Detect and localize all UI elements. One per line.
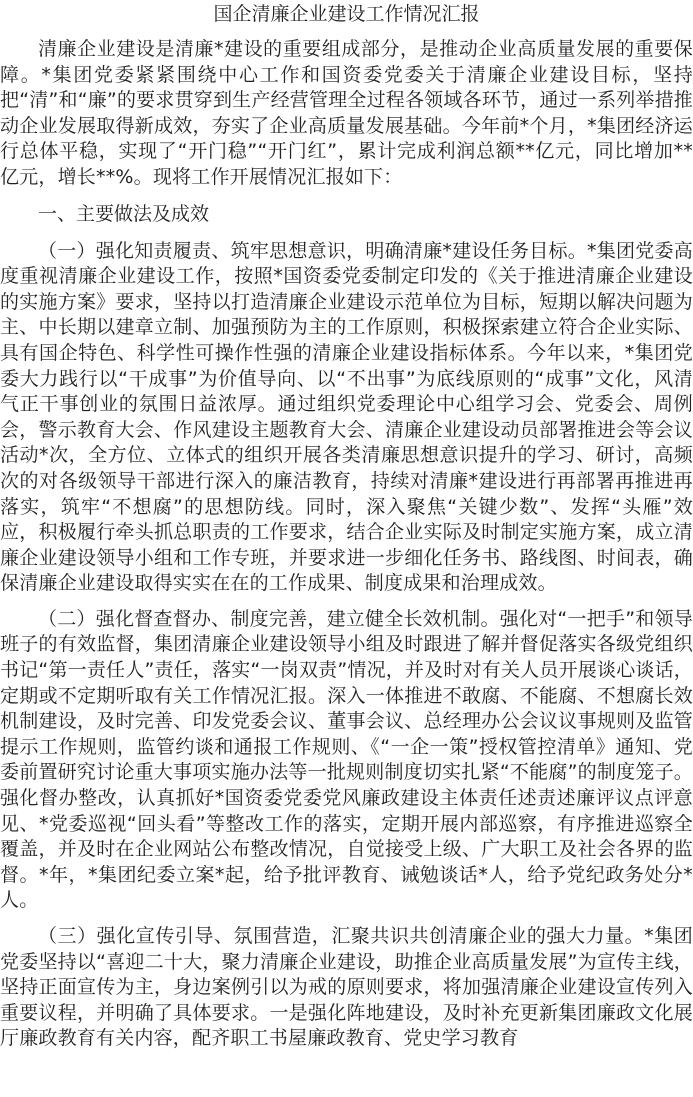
section-heading: 一、主要做法及成效	[0, 201, 693, 227]
document-title: 国企清廉企业建设工作情况汇报	[0, 1, 693, 27]
document-page: 国企清廉企业建设工作情况汇报 清廉企业建设是清廉*建设的重要组成部分，是推动企业…	[0, 1, 693, 1052]
intro-paragraph: 清廉企业建设是清廉*建设的重要组成部分，是推动企业高质量发展的重要保障。*集团党…	[0, 37, 693, 191]
item-paragraph-2: （二）强化督查督办、制度完善，建立健全长效机制。强化对“一把手”和领导班子的有效…	[0, 607, 693, 914]
item-paragraph-3: （三）强化宣传引导、氛围营造，汇聚共识共创清廉企业的强大力量。*集团党委坚持以“…	[0, 924, 693, 1052]
item-paragraph-1: （一）强化知责履责、筑牢思想意识，明确清廉*建设任务目标。*集团党委高度重视清廉…	[0, 239, 693, 597]
